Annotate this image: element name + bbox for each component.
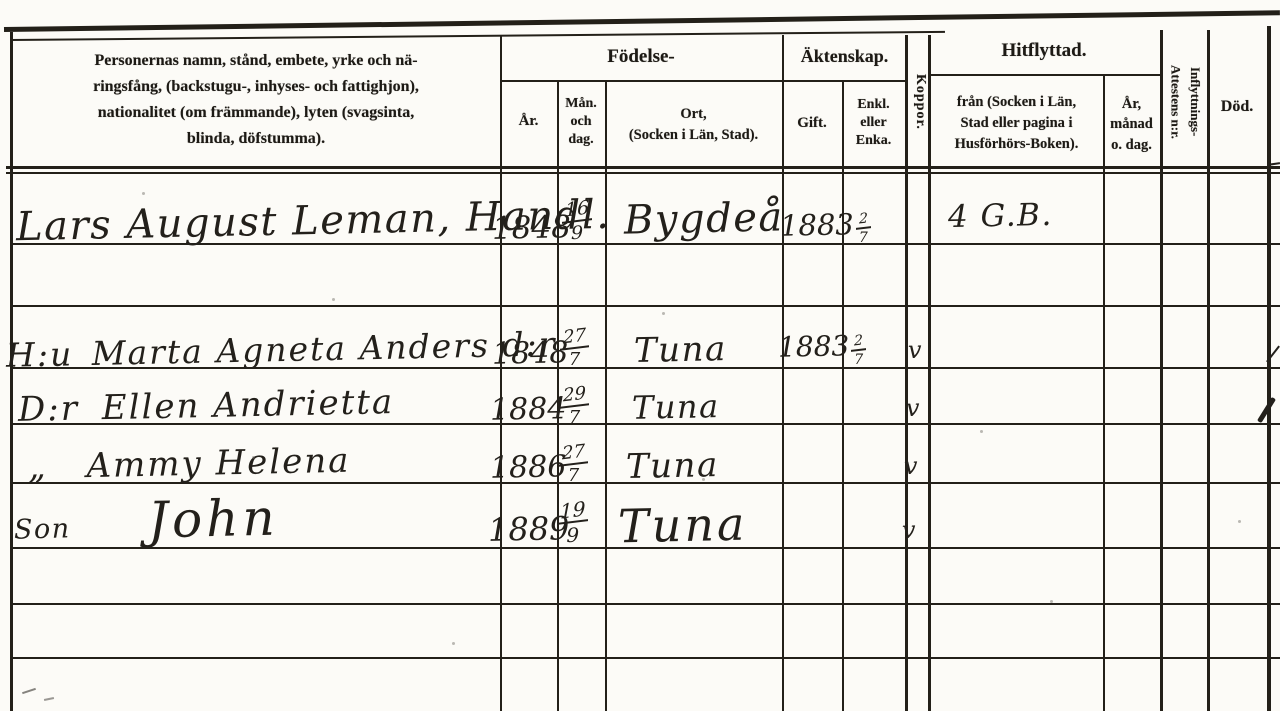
grid-line <box>500 80 907 82</box>
grid-line <box>1267 26 1271 711</box>
column-header-birth-place: Ort, (Socken i Län, Stad). <box>605 104 782 146</box>
header-text-line: från (Socken i Län, <box>930 92 1103 113</box>
grid-line <box>842 80 844 711</box>
entry-name-text: Ammy Helena <box>86 441 351 487</box>
birth-date-month: 9 <box>566 523 579 545</box>
entry-smallpox-mark: v <box>908 336 924 364</box>
column-header-marriage-group: Äktenskap. <box>782 46 907 67</box>
marriage-day-fraction: 2 7 <box>851 334 866 367</box>
header-text-line: blinda, döfstumma). <box>26 126 486 152</box>
grid-line <box>10 603 1280 605</box>
entry-birth-year: 1886 <box>490 449 567 486</box>
header-text-line: Enka. <box>842 132 905 150</box>
birth-date-day: 29 <box>560 384 589 409</box>
birth-date-day: 27 <box>560 326 589 351</box>
entry-name: „ Ammy Helena <box>28 441 351 488</box>
header-text-line: ringsfång, (backstugu-, inhyses- och fat… <box>26 74 486 100</box>
header-text-line: Attestens n:r. <box>1166 38 1186 166</box>
column-header-movedin-from: från (Socken i Län, Stad eller pagina i … <box>930 92 1103 155</box>
header-text-line: Enkl. <box>842 96 905 114</box>
ink-mark <box>44 697 54 701</box>
marriage-month: 7 <box>854 351 863 367</box>
header-text-line: (Socken i Län, Stad). <box>605 125 782 146</box>
paper-speck <box>702 478 705 481</box>
marriage-year: 1883 <box>780 207 855 243</box>
paper-speck <box>452 642 455 645</box>
entry-smallpox-mark: v <box>904 452 920 480</box>
entry-birth-place: Tuna <box>626 445 720 487</box>
birth-date-month: 7 <box>568 465 579 485</box>
entry-smallpox-mark: v <box>906 394 922 422</box>
birth-date-month: 7 <box>569 407 580 427</box>
header-text-line: Stad eller pagina i <box>930 113 1103 134</box>
entry-smallpox-mark: v <box>902 516 918 544</box>
header-text-line: nationalitet (om främmande), lyten (svag… <box>26 100 486 126</box>
grid-line <box>605 80 607 711</box>
paper-speck <box>332 298 335 301</box>
paper-speck <box>252 456 255 459</box>
entry-birth-date: 27 7 <box>560 328 589 369</box>
paper-speck <box>662 312 665 315</box>
grid-line <box>10 305 1280 307</box>
entry-birth-place: Tuna <box>617 497 747 554</box>
scanned-register-page: { "page": { "paper_color": "#fcfbf7", "i… <box>0 0 1280 711</box>
column-header-birth-group: Födelse- <box>500 46 782 68</box>
grid-line <box>928 74 1160 76</box>
birth-date-month: 9 <box>571 222 583 243</box>
grid-line <box>1207 30 1210 711</box>
entry-birth-date: 16 9 <box>562 200 592 243</box>
marriage-day: 2 <box>856 211 871 230</box>
grid-line <box>6 172 1280 174</box>
marriage-year: 1883 <box>778 329 850 363</box>
ink-mark <box>22 688 36 694</box>
entry-birth-year: 1848 <box>492 335 569 372</box>
column-header-died: Död. <box>1207 98 1267 116</box>
column-header-widowed: Enkl. eller Enka. <box>842 96 905 151</box>
entry-birth-place: Bygdeå <box>624 194 785 243</box>
paper-speck <box>142 192 145 195</box>
column-header-movedin-date: År, månad o. dag. <box>1103 94 1160 155</box>
column-header-certificate-number: Inflyttnings- Attestens n:r. <box>1162 38 1205 166</box>
header-text-line: Mån. <box>557 95 605 113</box>
entry-relation-prefix: H:u <box>6 334 74 374</box>
birth-date-month: 7 <box>569 349 580 369</box>
entry-name: D:r Ellen Andrietta <box>18 382 395 430</box>
grid-line <box>6 166 1280 169</box>
entry-relation-prefix: Son <box>14 513 71 545</box>
entry-name: John <box>147 489 279 550</box>
birth-date-day: 16 <box>562 198 592 224</box>
grid-line <box>500 35 502 711</box>
header-text-line: Ort, <box>605 104 782 125</box>
header-text-line: och <box>557 113 605 131</box>
paper-speck <box>858 58 861 61</box>
entry-name-text: Ellen Andrietta <box>101 382 394 428</box>
entry-birth-year: 1884 <box>490 391 567 428</box>
header-text-line: dag. <box>557 131 605 149</box>
grid-line <box>1103 74 1105 711</box>
entry-marriage-date: 1883 2 7 <box>778 330 866 367</box>
grid-line <box>4 10 1280 32</box>
header-text-line: Husförhörs-Boken). <box>930 134 1103 155</box>
column-header-married: Gift. <box>782 115 842 132</box>
grid-line <box>10 657 1280 659</box>
entry-birth-date: 29 7 <box>560 386 589 427</box>
column-header-birth-monthday: Mån. och dag. <box>557 95 605 150</box>
entry-relation-prefix: D:r <box>18 389 80 430</box>
entry-moved-from: 4 G.B. <box>948 197 1053 235</box>
grid-line <box>782 35 784 711</box>
header-text-line: År, <box>1103 94 1160 114</box>
entry-birth-place: Tuna <box>632 387 720 427</box>
marriage-day: 2 <box>851 333 866 352</box>
entry-birth-place: Tuna <box>634 329 728 371</box>
column-header-birth-year: År. <box>500 113 557 130</box>
entry-birth-date: 19 9 <box>557 500 588 545</box>
grid-line <box>10 31 945 41</box>
paper-speck <box>980 430 983 433</box>
column-header-names: Personernas namn, stånd, embete, yrke oc… <box>26 48 486 152</box>
header-text-line: Personernas namn, stånd, embete, yrke oc… <box>26 48 486 74</box>
entry-marriage-date: 1883 2 7 <box>780 208 871 245</box>
birth-date-day: 19 <box>557 498 588 525</box>
entry-ditto-mark: „ <box>28 447 48 487</box>
entry-birth-year: 1848 <box>492 209 572 247</box>
entry-birth-date: 27 7 <box>559 444 588 485</box>
header-text-line: eller <box>842 114 905 132</box>
paper-speck <box>1050 600 1053 603</box>
header-text-line: o. dag. <box>1103 135 1160 155</box>
header-text-line: månad <box>1103 114 1160 134</box>
marriage-month: 7 <box>859 229 868 245</box>
birth-date-day: 27 <box>559 442 588 467</box>
entry-name-text: Marta Agneta Anders d:r <box>91 324 557 373</box>
column-header-movedin-group: Hitflyttad. <box>928 40 1160 62</box>
paper-speck <box>1238 520 1241 523</box>
marriage-day-fraction: 2 7 <box>856 212 871 245</box>
column-header-smallpox: Koppor. <box>905 38 928 166</box>
header-text-line: Inflyttnings- <box>1186 38 1206 166</box>
